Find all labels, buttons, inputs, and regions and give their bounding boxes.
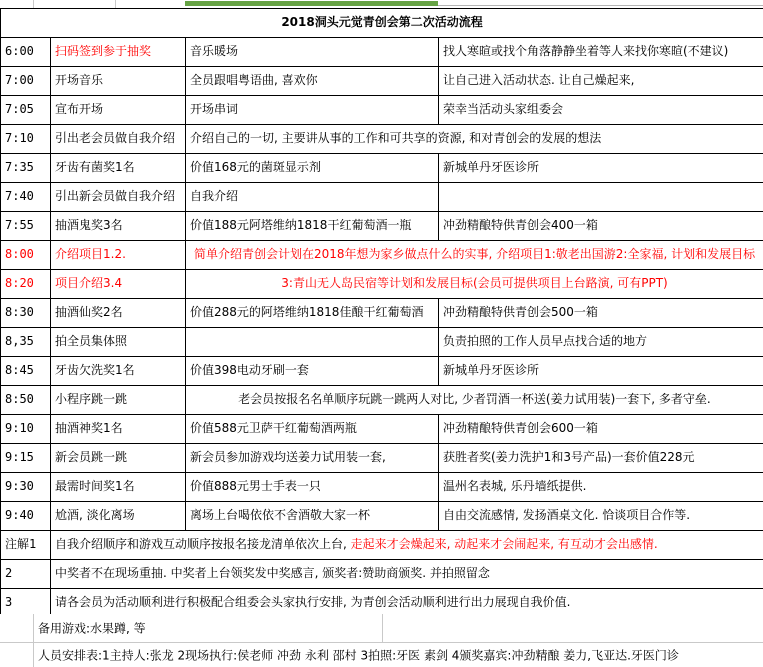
schedule-row: 7:10 引出老会员做自我介绍 介绍自己的一切, 主要讲从事的工作和可共享的资源…: [1, 125, 763, 154]
note-cell[interactable]: 新城单丹牙医诊所: [439, 357, 763, 386]
desc-cell[interactable]: 新会员参加游戏均送姜力试用装一套,: [186, 444, 439, 473]
activity-cell[interactable]: 抽酒仙奖2名: [51, 299, 186, 328]
note-cell[interactable]: 让自己进入活动状态. 让自己燥起来,: [439, 67, 763, 96]
desc-cell[interactable]: 自我介绍: [186, 183, 439, 212]
backup-games-row[interactable]: 备用游戏:水果蹲, 等: [0, 614, 763, 643]
desc-cell[interactable]: 全员跟唱粤语曲, 喜欢你: [186, 67, 439, 96]
note-cell[interactable]: 找人寒暄或找个角落静静坐着等人来找你寒暄(不建议): [439, 38, 763, 67]
staff-assignment-row[interactable]: 人员安排表:1主持人:张龙 2现场执行:侯老师 冲劲 永利 邵村 3拍照:牙医 …: [0, 643, 763, 667]
spreadsheet-view: 2018洞头元觉青创会第二次活动流程 6:00 扫码签到参于抽奖 音乐暖场 找人…: [0, 0, 763, 667]
schedule-table: 2018洞头元觉青创会第二次活动流程 6:00 扫码签到参于抽奖 音乐暖场 找人…: [0, 8, 763, 618]
activity-cell[interactable]: 拍全员集体照: [51, 328, 186, 357]
activity-cell[interactable]: 引出老会员做自我介绍: [51, 125, 186, 154]
merged-desc-cell[interactable]: 老会员按报名名单顺序玩跳一跳两人对比, 少者罚酒一杯送(姜力试用装)一套下, 多…: [186, 386, 763, 415]
time-cell[interactable]: 6:00: [1, 38, 51, 67]
schedule-row: 7:05 宣布开场 开场串词 荣幸当活动头家组委会: [1, 96, 763, 125]
time-cell[interactable]: 8:45: [1, 357, 51, 386]
desc-cell[interactable]: [186, 328, 439, 357]
note-row: 注解1 自我介绍顺序和游戏互动顺序按报名接龙清单依次上台, 走起来才会燥起来, …: [1, 531, 763, 560]
gridline-stub: [33, 0, 34, 8]
page-title[interactable]: 2018洞头元觉青创会第二次活动流程: [1, 9, 763, 38]
note-row: 2 中奖者不在现场重抽. 中奖者上台领奖发中奖感言, 颁奖者:赞助商颁奖. 并拍…: [1, 560, 763, 589]
note-cell[interactable]: 新城单丹牙医诊所: [439, 154, 763, 183]
note-cell[interactable]: 自由交流感情, 发扬酒桌文化. 恰谈项目合作等.: [439, 502, 763, 531]
schedule-row: 7:00 开场音乐 全员跟唱粤语曲, 喜欢你 让自己进入活动状态. 让自己燥起来…: [1, 67, 763, 96]
schedule-row-highlighted: 8:00 介绍项目1.2. 简单介绍青创会计划在2018年想为家乡做点什么的实事…: [1, 241, 763, 270]
note-text-black: 中奖者不在现场重抽. 中奖者上台领奖发中奖感言, 颁奖者:赞助商颁奖. 并拍照留…: [55, 566, 490, 580]
schedule-row-highlighted: 8:20 项目介绍3.4 3:青山无人岛民宿等计划和发展目标(会员可提供项目上台…: [1, 270, 763, 299]
note-text-black: 自我介绍顺序和游戏互动顺序按报名接龙清单依次上台,: [55, 537, 351, 551]
time-cell[interactable]: 8:30: [1, 299, 51, 328]
time-cell[interactable]: 7:55: [1, 212, 51, 241]
schedule-row: 8:45 牙齿欠洗奖1名 价值398电动牙刷一套 新城单丹牙医诊所: [1, 357, 763, 386]
gridline-stub: [115, 0, 116, 8]
merged-desc-cell[interactable]: 简单介绍青创会计划在2018年想为家乡做点什么的实事, 介绍项目1:敬老出国游2…: [186, 241, 763, 270]
staff-assignment-text: 人员安排表:1主持人:张龙 2现场执行:侯老师 冲劲 永利 邵村 3拍照:牙医 …: [38, 647, 679, 664]
merged-desc-cell[interactable]: 3:青山无人岛民宿等计划和发展目标(会员可提供项目上台路演, 可有PPT): [186, 270, 763, 299]
backup-games-text: 备用游戏:水果蹲, 等: [38, 620, 146, 637]
gridline: [33, 643, 34, 667]
time-cell[interactable]: 9:15: [1, 444, 51, 473]
time-cell[interactable]: 7:10: [1, 125, 51, 154]
note-text-red: 走起来才会燥起来, 动起来才会闹起来, 有互动才会出感情.: [351, 537, 658, 551]
activity-cell[interactable]: 扫码签到参于抽奖: [51, 38, 186, 67]
time-cell[interactable]: 8:50: [1, 386, 51, 415]
schedule-row: 7:40 引出新会员做自我介绍 自我介绍: [1, 183, 763, 212]
note-cell[interactable]: 荣幸当活动头家组委会: [439, 96, 763, 125]
desc-cell[interactable]: 价值168元的菌斑显示剂: [186, 154, 439, 183]
green-accent-bar: [185, 1, 438, 6]
note-cell[interactable]: 冲劲精酿特供青创会600一箱: [439, 415, 763, 444]
activity-cell[interactable]: 介绍项目1.2.: [51, 241, 186, 270]
note-cell[interactable]: 冲劲精酿特供青创会500一箱: [439, 299, 763, 328]
time-cell[interactable]: 8,35: [1, 328, 51, 357]
desc-cell[interactable]: 离场上台喝依依不舍酒敬大家一杯: [186, 502, 439, 531]
activity-cell[interactable]: 抽酒鬼奖3名: [51, 212, 186, 241]
schedule-row: 7:55 抽酒鬼奖3名 价值188元阿塔维纳1818干红葡萄酒一瓶 冲劲精酿特供…: [1, 212, 763, 241]
note-label-cell[interactable]: 2: [1, 560, 51, 589]
note-cell[interactable]: 负责拍照的工作人员早点找合适的地方: [439, 328, 763, 357]
time-cell[interactable]: 8:00: [1, 241, 51, 270]
activity-cell[interactable]: 项目介绍3.4: [51, 270, 186, 299]
note-cell[interactable]: 温州名表城, 乐丹墙纸提供.: [439, 473, 763, 502]
activity-cell[interactable]: 新会员跳一跳: [51, 444, 186, 473]
gray-edge-line: [438, 5, 763, 6]
desc-cell[interactable]: 价值588元卫萨干红葡萄酒两瓶: [186, 415, 439, 444]
schedule-row: 7:35 牙齿有菌奖1名 价值168元的菌斑显示剂 新城单丹牙医诊所: [1, 154, 763, 183]
desc-cell[interactable]: 价值888元男士手表一只: [186, 473, 439, 502]
title-row: 2018洞头元觉青创会第二次活动流程: [1, 9, 763, 38]
desc-cell[interactable]: 价值188元阿塔维纳1818干红葡萄酒一瓶: [186, 212, 439, 241]
time-cell[interactable]: 7:05: [1, 96, 51, 125]
note-cell[interactable]: 获胜者奖(姜力洗护1和3号产品)一套价值228元: [439, 444, 763, 473]
time-cell[interactable]: 7:00: [1, 67, 51, 96]
merged-desc-cell[interactable]: 介绍自己的一切, 主要讲从事的工作和可共享的资源, 和对青创会的发展的想法: [186, 125, 763, 154]
desc-cell[interactable]: 开场串词: [186, 96, 439, 125]
note-text-cell[interactable]: 中奖者不在现场重抽. 中奖者上台领奖发中奖感言, 颁奖者:赞助商颁奖. 并拍照留…: [51, 560, 763, 589]
activity-cell[interactable]: 小程序跳一跳: [51, 386, 186, 415]
desc-cell[interactable]: 价值398电动牙刷一套: [186, 357, 439, 386]
schedule-row: 9:10 抽酒神奖1名 价值588元卫萨干红葡萄酒两瓶 冲劲精酿特供青创会600…: [1, 415, 763, 444]
note-text-black: 请各会员为活动顺利进行积极配合组委会头家执行安排, 为青创会活动顺利进行出力展现…: [55, 595, 570, 609]
gridline: [382, 614, 383, 642]
schedule-row: 9:40 尬酒, 淡化离场 离场上台喝依依不舍酒敬大家一杯 自由交流感情, 发扬…: [1, 502, 763, 531]
activity-cell[interactable]: 抽酒神奖1名: [51, 415, 186, 444]
note-text-cell[interactable]: 自我介绍顺序和游戏互动顺序按报名接龙清单依次上台, 走起来才会燥起来, 动起来才…: [51, 531, 763, 560]
activity-cell[interactable]: 最需时间奖1名: [51, 473, 186, 502]
schedule-row: 8:30 抽酒仙奖2名 价值288元的阿塔维纳1818佳酿干红葡萄酒 冲劲精酿特…: [1, 299, 763, 328]
time-cell[interactable]: 7:35: [1, 154, 51, 183]
note-label-cell[interactable]: 注解1: [1, 531, 51, 560]
time-cell[interactable]: 7:40: [1, 183, 51, 212]
schedule-row: 6:00 扫码签到参于抽奖 音乐暖场 找人寒暄或找个角落静静坐着等人来找你寒暄(…: [1, 38, 763, 67]
time-cell[interactable]: 8:20: [1, 270, 51, 299]
activity-cell[interactable]: 牙齿欠洗奖1名: [51, 357, 186, 386]
note-cell[interactable]: 冲劲精酿特供青创会400一箱: [439, 212, 763, 241]
gridline: [33, 614, 34, 642]
activity-cell[interactable]: 引出新会员做自我介绍: [51, 183, 186, 212]
activity-cell[interactable]: 宣布开场: [51, 96, 186, 125]
activity-cell[interactable]: 开场音乐: [51, 67, 186, 96]
sheet-top-edge: [0, 0, 763, 8]
activity-cell[interactable]: 尬酒, 淡化离场: [51, 502, 186, 531]
activity-cell[interactable]: 牙齿有菌奖1名: [51, 154, 186, 183]
schedule-row: 9:30 最需时间奖1名 价值888元男士手表一只 温州名表城, 乐丹墙纸提供.: [1, 473, 763, 502]
schedule-row: 8,35 拍全员集体照 负责拍照的工作人员早点找合适的地方: [1, 328, 763, 357]
time-cell[interactable]: 9:40: [1, 502, 51, 531]
desc-cell[interactable]: 价值288元的阿塔维纳1818佳酿干红葡萄酒: [186, 299, 439, 328]
time-cell[interactable]: 9:30: [1, 473, 51, 502]
schedule-row: 8:50 小程序跳一跳 老会员按报名名单顺序玩跳一跳两人对比, 少者罚酒一杯送(…: [1, 386, 763, 415]
desc-cell[interactable]: 音乐暖场: [186, 38, 439, 67]
time-cell[interactable]: 9:10: [1, 415, 51, 444]
note-cell[interactable]: [439, 183, 763, 212]
schedule-row: 9:15 新会员跳一跳 新会员参加游戏均送姜力试用装一套, 获胜者奖(姜力洗护1…: [1, 444, 763, 473]
